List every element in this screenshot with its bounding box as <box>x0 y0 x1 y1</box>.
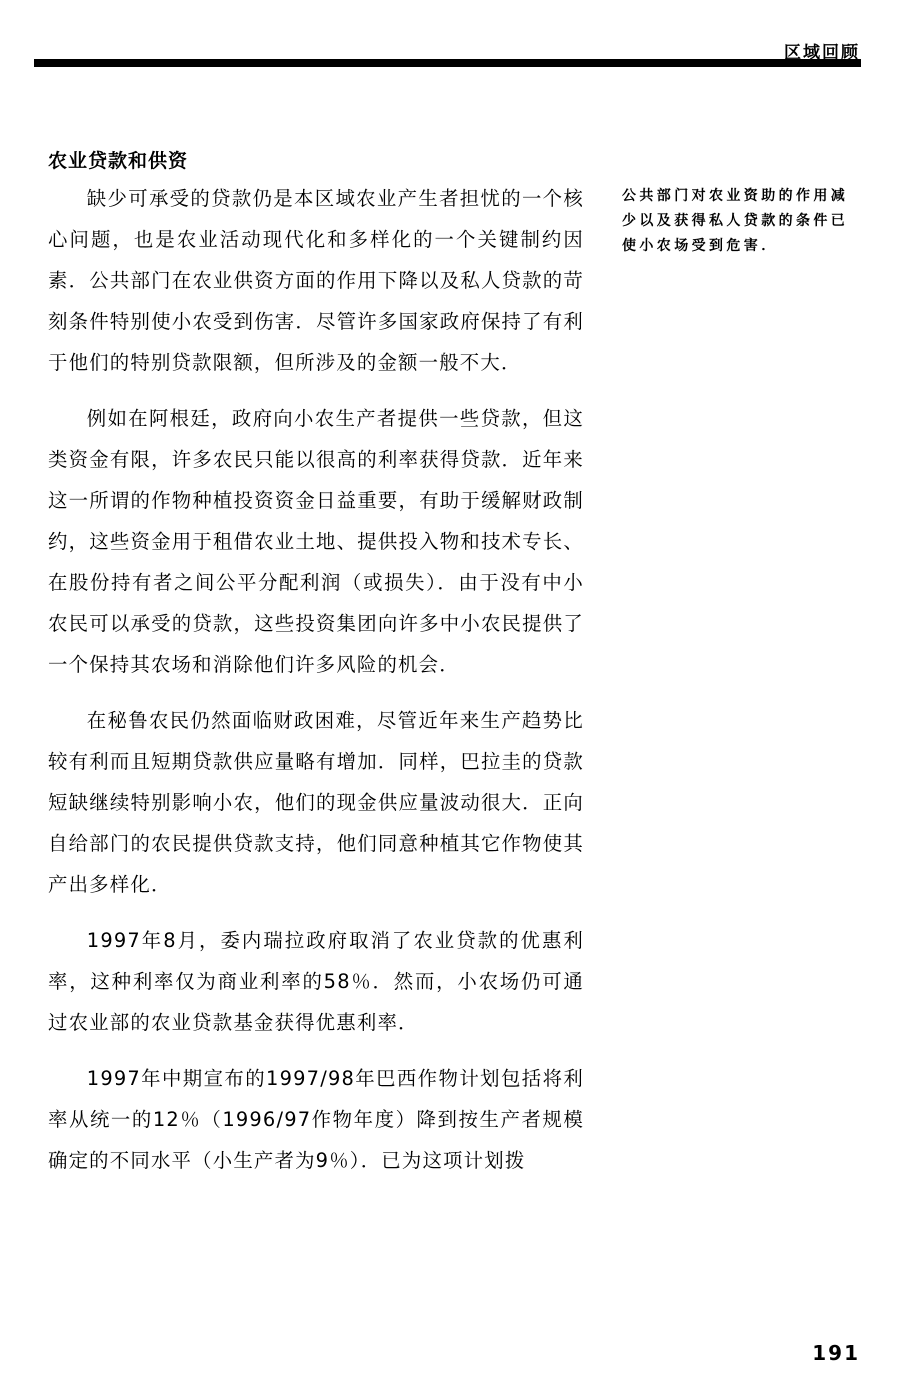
margin-note: 公共部门对农业资助的作用减少以及获得私人贷款的条件已使小农场受到危害． <box>622 184 854 259</box>
paragraph-credit-overview: 缺少可承受的贷款仍是本区域农业产生者担忧的一个核心问题，也是农业活动现代化和多样… <box>48 178 584 383</box>
paragraph-peru-paraguay: 在秘鲁农民仍然面临财政困难，尽管近年来生产趋势比较有利而且短期贷款供应量略有增加… <box>48 700 584 905</box>
paragraph-argentina: 例如在阿根廷，政府向小农生产者提供一些贷款，但这类资金有限，许多农民只能以很高的… <box>48 398 584 685</box>
section-title: 农业贷款和供资 <box>48 146 188 173</box>
main-text-column: 缺少可承受的贷款仍是本区域农业产生者担忧的一个核心问题，也是农业活动现代化和多样… <box>48 178 584 1196</box>
header-rule <box>34 59 861 67</box>
page-number: 191 <box>812 1341 860 1365</box>
paragraph-brazil: 1997年中期宣布的1997/98年巴西作物计划包括将利率从统一的12％（199… <box>48 1058 584 1181</box>
paragraph-venezuela: 1997年8月，委内瑞拉政府取消了农业贷款的优惠利率，这种利率仅为商业利率的58… <box>48 920 584 1043</box>
